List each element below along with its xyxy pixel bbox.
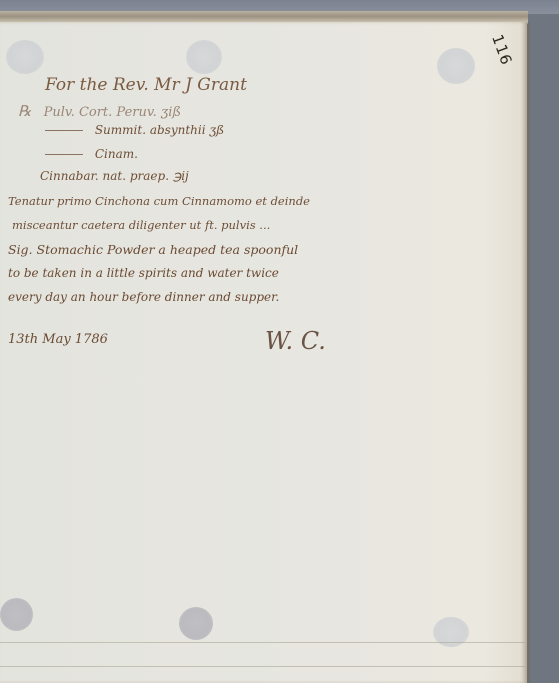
binding-hole-top-left <box>6 40 44 74</box>
direction-line: Tenatur primo Cinchona cum Cinnamomo et … <box>8 194 310 208</box>
prescription-line: ℞ Pulv. Cort. Peruv. ʒiß <box>18 102 181 120</box>
ditto-dash <box>45 154 83 155</box>
binding-hole-top-right <box>437 48 475 84</box>
direction-line: every day an hour before dinner and supp… <box>8 290 279 304</box>
signature: W. C. <box>265 327 326 355</box>
page-edge-shadow <box>520 22 530 683</box>
manuscript-page <box>0 22 527 683</box>
prescription-line: Cinnabar. nat. praep. ℈ij <box>40 169 189 183</box>
prescription-ingredient: Pulv. Cort. Peruv. ʒiß <box>44 105 182 120</box>
prescription-ingredient: Cinam. <box>95 147 138 161</box>
binding-hole-top-center <box>186 40 222 74</box>
letter-heading: For the Rev. Mr J Grant <box>45 75 247 95</box>
fold-line <box>0 666 525 667</box>
direction-line: misceantur caetera diligenter ut ft. pul… <box>12 218 270 232</box>
binding-hole-bottom-left <box>0 598 33 631</box>
direction-line: to be taken in a little spirits and wate… <box>8 266 279 280</box>
binding-hole-bottom-center <box>179 607 213 640</box>
fold-line <box>0 642 525 643</box>
letter-date: 13th May 1786 <box>8 332 108 347</box>
direction-line: Sig. Stomachic Powder a heaped tea spoon… <box>8 242 298 257</box>
ditto-dash <box>45 130 83 131</box>
recipe-symbol-icon: ℞ <box>18 102 31 120</box>
prescription-line: Cinam. <box>45 147 138 161</box>
prescription-line: Summit. absynthii ʒß <box>45 123 224 137</box>
prescription-ingredient: Summit. absynthii ʒß <box>95 123 224 137</box>
